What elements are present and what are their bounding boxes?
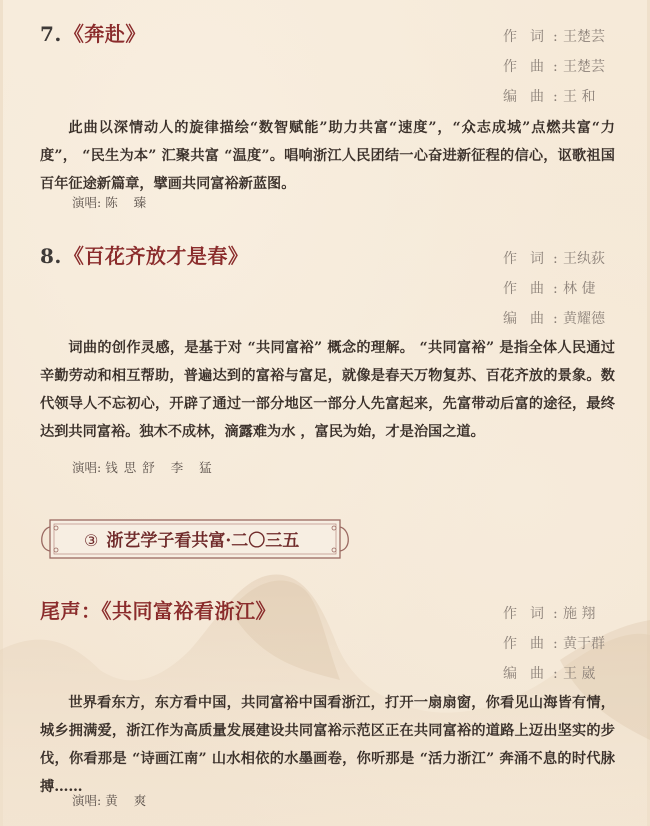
finale-song: 尾声：《共同富裕看浙江》 作词:施 翔 作曲:黄于群 编曲:王 崴 世界看东方，… xyxy=(40,595,615,815)
credits: 作词:施 翔 作曲:黄于群 编曲:王 崴 xyxy=(503,599,615,689)
section-title: ③浙艺学子看共富·二〇三五 xyxy=(84,526,299,551)
song-description: 此曲以深情动人的旋律描绘“数智赋能”助力共富“速度”，“众志成城”点燃共富“力度… xyxy=(40,114,615,198)
circled-number-icon: ③ xyxy=(84,531,98,550)
credit-lyrics: 作词:施 翔 xyxy=(503,599,615,629)
credit-arranger: 编曲:王 和 xyxy=(503,82,615,112)
song-number: 7. xyxy=(40,22,62,46)
credits: 作词:王楚芸 作曲:王楚芸 编曲:王 和 xyxy=(503,22,615,112)
credit-arranger: 编曲:黄耀德 xyxy=(503,304,615,334)
credit-composer: 作曲:黄于群 xyxy=(503,629,615,659)
performer: 演唱:陈 臻 xyxy=(72,193,152,211)
credit-composer: 作曲:林 倢 xyxy=(503,274,615,304)
credit-lyrics: 作词:王纨荻 xyxy=(503,244,615,274)
song-description: 词曲的创作灵感，是基于对 “共同富裕” 概念的理解。 “共同富裕” 是指全体人民… xyxy=(40,334,615,446)
credit-arranger: 编曲:王 崴 xyxy=(503,659,615,689)
song-7: 7.《奔赴》 作词:王楚芸 作曲:王楚芸 编曲:王 和 此曲以深情动人的旋律描绘… xyxy=(40,18,615,218)
song-name: 《奔赴》 xyxy=(64,22,146,46)
song-title: 7.《奔赴》 xyxy=(40,18,146,47)
song-title: 8.《百花齐放才是春》 xyxy=(40,240,248,269)
performer: 演唱:黄 爽 xyxy=(72,791,152,809)
song-name: 《共同富裕看浙江》 xyxy=(102,599,277,623)
section-banner: ③浙艺学子看共富·二〇三五 xyxy=(36,517,354,561)
song-number: 8. xyxy=(40,244,62,268)
song-8: 8.《百花齐放才是春》 作词:王纨荻 作曲:林 倢 编曲:黄耀德 词曲的创作灵感… xyxy=(40,240,615,480)
credit-composer: 作曲:王楚芸 xyxy=(503,52,615,82)
performer: 演唱:钱思舒 李 猛 xyxy=(72,458,218,476)
credit-lyrics: 作词:王楚芸 xyxy=(503,22,615,52)
song-description: 世界看东方，东方看中国，共同富裕中国看浙江，打开一扇扇窗，你看见山海皆有情，城乡… xyxy=(40,689,615,801)
song-title: 尾声：《共同富裕看浙江》 xyxy=(40,595,276,624)
credits: 作词:王纨荻 作曲:林 倢 编曲:黄耀德 xyxy=(503,244,615,334)
song-name: 《百花齐放才是春》 xyxy=(64,244,249,268)
finale-prefix: 尾声： xyxy=(40,599,102,623)
